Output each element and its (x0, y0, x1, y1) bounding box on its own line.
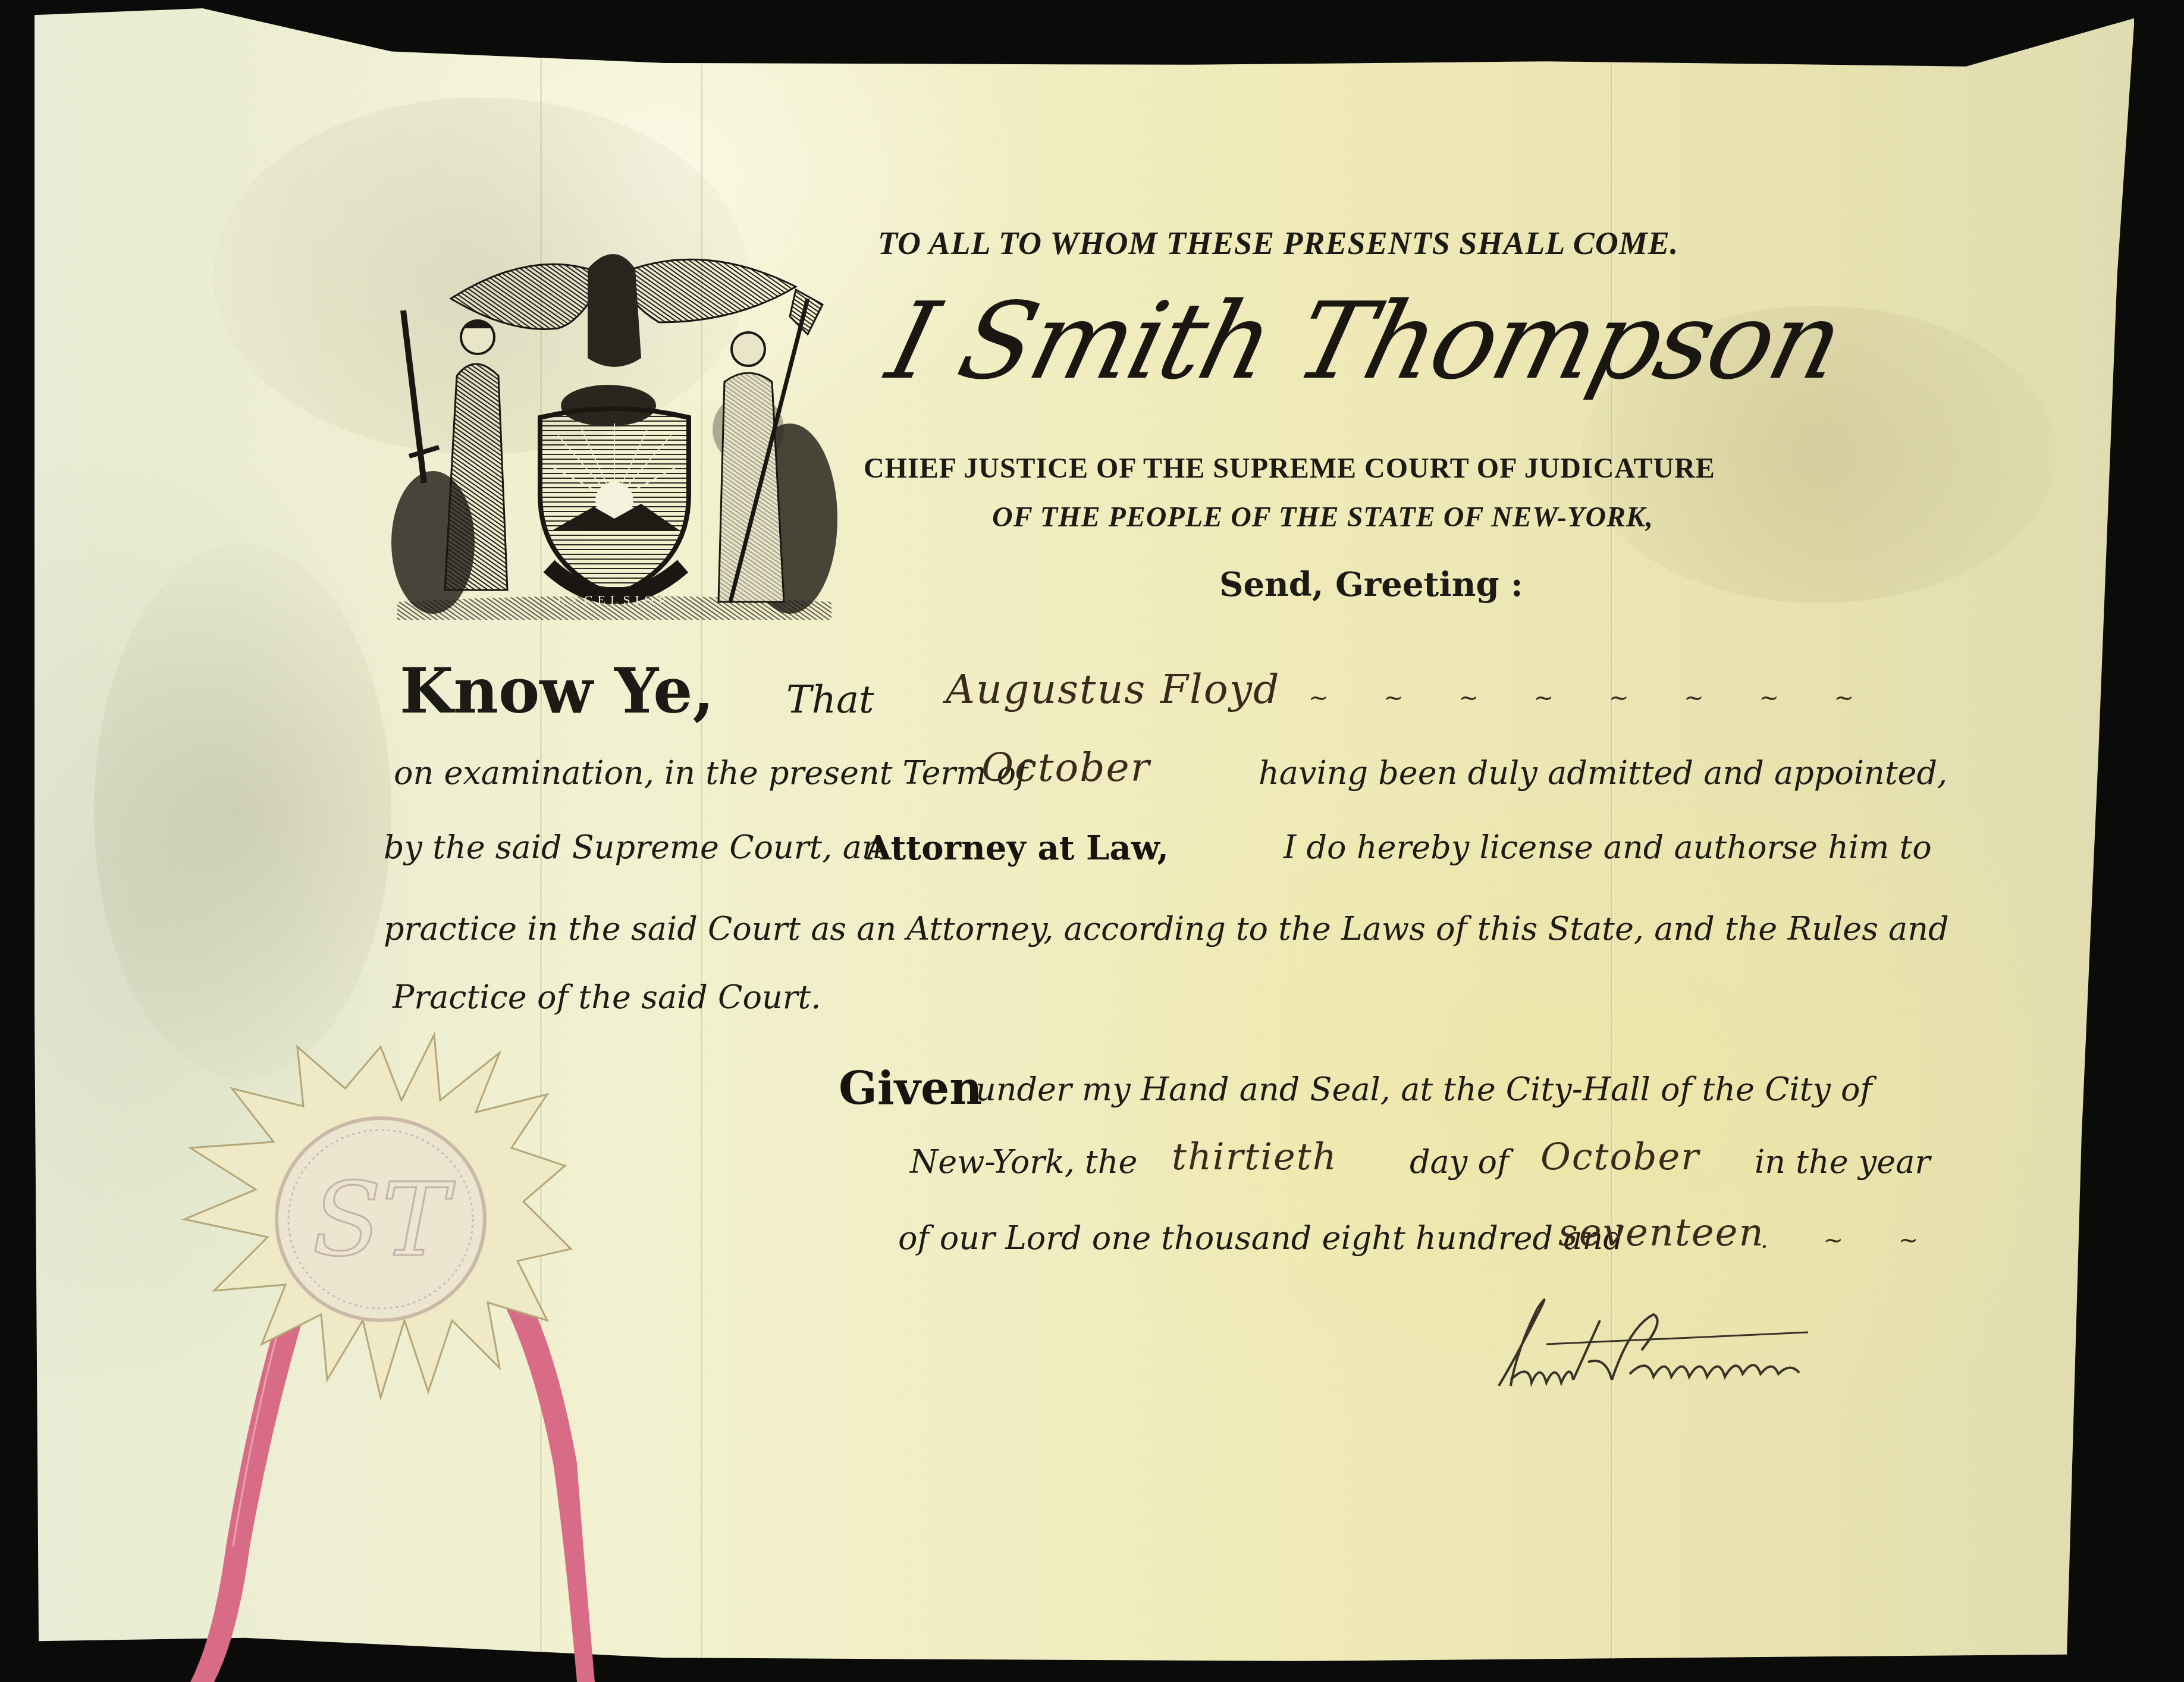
motto-text: EXCELSIOR (557, 592, 672, 607)
given-heading: Given (839, 1062, 983, 1115)
coat-of-arms-engraving: EXCELSIOR (379, 233, 849, 626)
paper-stain (94, 544, 391, 1079)
issuer-title-line2: OF THE PEOPLE OF THE STATE OF NEW-YORK, (992, 501, 1653, 534)
address-line: TO ALL TO WHOM THESE PRESENTS SHALL COME… (878, 225, 1889, 262)
given-line3-prefix: of our Lord one thousand eight hundred a… (898, 1219, 1624, 1257)
given-day: thirtieth (1172, 1135, 1338, 1178)
issuer-name: I Smith Thompson (877, 280, 1859, 403)
given-line2-suffix: in the year (1755, 1143, 1930, 1181)
office-title: Attorney at Law, (865, 829, 1169, 868)
chief-justice-signature: Smith Thompson (1475, 1285, 1927, 1398)
seal-icon: ST (167, 1011, 595, 1682)
issuer-title-line1: CHIEF JUSTICE OF THE SUPREME COURT OF JU… (864, 452, 1715, 485)
given-month: October (1540, 1135, 1700, 1178)
given-year-word: seventeen (1558, 1211, 1765, 1255)
know-ye-heading: Know Ye, (400, 654, 714, 727)
greeting: Send, Greeting : (1219, 565, 1523, 604)
body-line5: Practice of the said Court. (393, 978, 821, 1016)
that-word: That (786, 678, 874, 722)
fill-dashes: ~ ~ ~ ~ ~ ~ ~ ~ (1308, 684, 1878, 711)
term-month: October (981, 745, 1150, 790)
body-line3-prefix: by the said Supreme Court, an (384, 829, 883, 866)
coat-of-arms-icon: EXCELSIOR (379, 233, 849, 626)
body-line2-suffix: having been duly admitted and appointed, (1259, 754, 1947, 792)
licensee-name: Augustus Floyd (946, 666, 1281, 713)
signature-icon: Smith Thompson (1475, 1285, 1927, 1398)
fill-dashes-end: . ~ ~ (1761, 1226, 1942, 1254)
given-line1: under my Hand and Seal, at the City-Hall… (975, 1071, 1872, 1108)
given-line2-prefix: New-York, the (910, 1143, 1138, 1181)
body-line4: practice in the said Court as an Attorne… (384, 910, 1949, 947)
body-line2-prefix: on examination, in the present Term of (394, 754, 1028, 792)
given-line2-mid: day of (1410, 1143, 1509, 1181)
body-line3-suffix: I do hereby license and authorse him to (1284, 829, 1932, 866)
seal-monogram: ST (312, 1162, 455, 1279)
embossed-seal: ST (167, 1011, 595, 1682)
